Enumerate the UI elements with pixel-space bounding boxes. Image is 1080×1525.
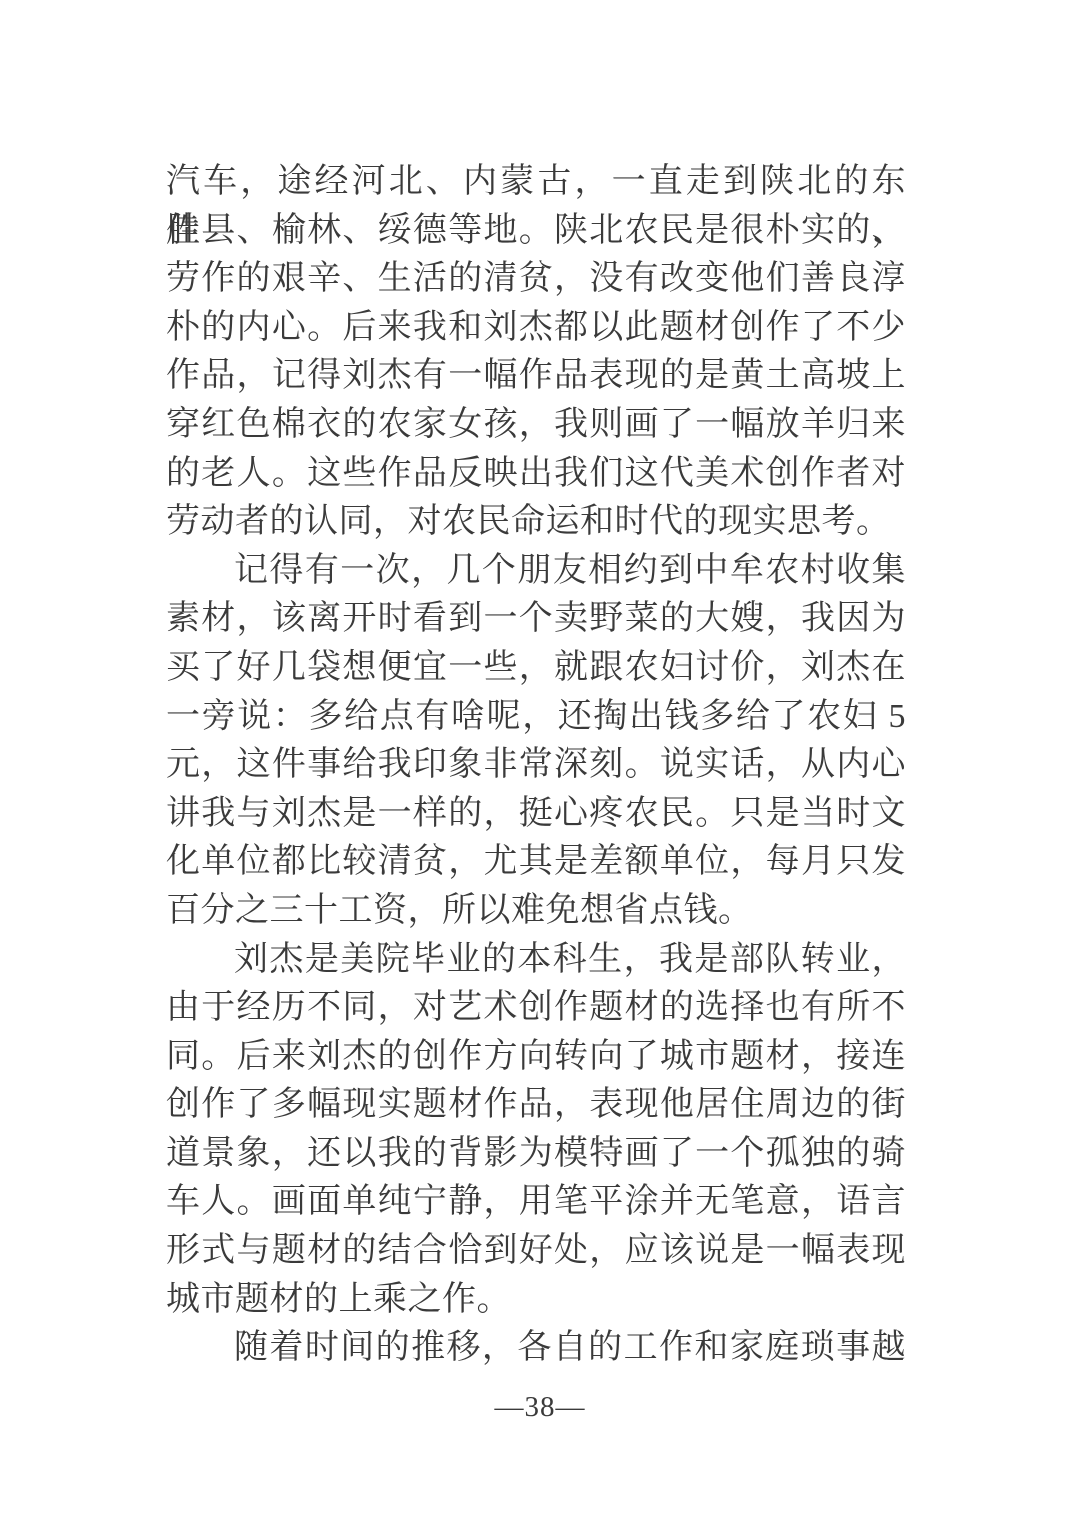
text-line: 百分之三十工资，所以难免想省点钱。 [166,887,906,936]
text-line: 劳作的艰辛、生活的清贫，没有改变他们善良淳 [166,255,906,304]
text-line: 汽车，途经河北、内蒙古，一直走到陕北的东胜、 [166,158,906,207]
text-line: 创作了多幅现实题材作品，表现他居住周边的街 [166,1081,906,1130]
text-line: 车人。画面单纯宁静，用笔平涂并无笔意，语言 [166,1178,906,1227]
page-number: —38— [0,1386,1080,1428]
text-line: 买了好几袋想便宜一些，就跟农妇讨价，刘杰在 [166,644,906,693]
text-line: 一旁说：多给点有啥呢，还掏出钱多给了农妇 5 [166,693,906,742]
text-line: 的老人。这些作品反映出我们这代美术创作者对 [166,450,906,499]
text-line: 城市题材的上乘之作。 [166,1276,906,1325]
text-line: 道景象，还以我的背影为模特画了一个孤独的骑 [166,1130,906,1179]
text-line: 记得有一次，几个朋友相约到中牟农村收集 [166,547,906,596]
text-line: 随着时间的推移，各自的工作和家庭琐事越 [166,1324,906,1373]
text-line: 作品，记得刘杰有一幅作品表现的是黄土高坡上 [166,352,906,401]
text-line: 素材，该离开时看到一个卖野菜的大嫂，我因为 [166,595,906,644]
text-line: 穿红色棉衣的农家女孩，我则画了一幅放羊归来 [166,401,906,450]
text-line: 同。后来刘杰的创作方向转向了城市题材，接连 [166,1033,906,1082]
text-line: 形式与题材的结合恰到好处，应该说是一幅表现 [166,1227,906,1276]
text-line: 讲我与刘杰是一样的，挺心疼农民。只是当时文 [166,790,906,839]
text-line: 化单位都比较清贫，尤其是差额单位，每月只发 [166,838,906,887]
text-line: 劳动者的认同，对农民命运和时代的现实思考。 [166,498,906,547]
text-line: 朴的内心。后来我和刘杰都以此题材创作了不少 [166,304,906,353]
document-page: 汽车，途经河北、内蒙古，一直走到陕北的东胜、佳县、榆林、绥德等地。陕北农民是很朴… [0,0,1080,1525]
text-line: 由于经历不同，对艺术创作题材的选择也有所不 [166,984,906,1033]
text-line: 佳县、榆林、绥德等地。陕北农民是很朴实的， [166,207,906,256]
text-line: 元，这件事给我印象非常深刻。说实话，从内心 [166,741,906,790]
text-line: 刘杰是美院毕业的本科生，我是部队转业， [166,936,906,985]
body-text: 汽车，途经河北、内蒙古，一直走到陕北的东胜、佳县、榆林、绥德等地。陕北农民是很朴… [166,158,906,1373]
